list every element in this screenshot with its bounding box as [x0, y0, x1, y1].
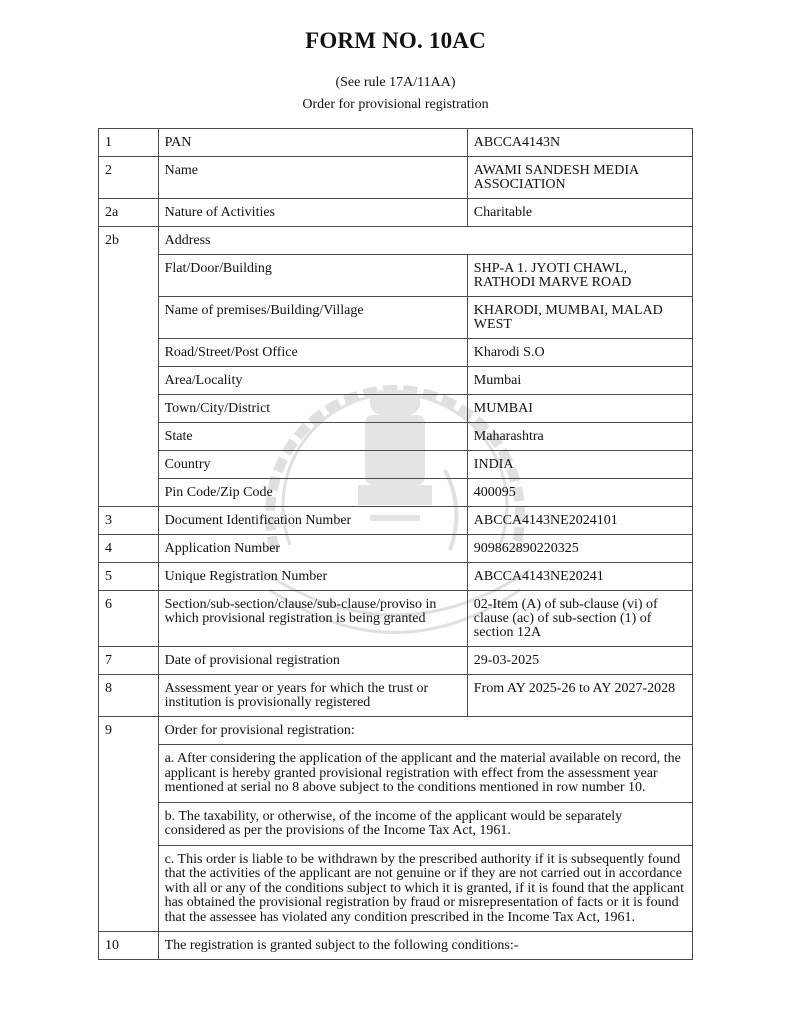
field-value-assessment-years: From AY 2025-26 to AY 2027-2028: [467, 675, 692, 717]
address-row: Flat/Door/Building SHP-A 1. JYOTI CHAWL,…: [99, 255, 693, 297]
order-paragraph-c: c. This order is liable to be withdrawn …: [158, 845, 692, 932]
table-row: 7 Date of provisional registration 29-03…: [99, 647, 693, 675]
table-row: 3 Document Identification Number ABCCA41…: [99, 507, 693, 535]
rule-reference: (See rule 17A/11AA): [0, 75, 791, 91]
field-value-section: 02-Item (A) of sub-clause (vi) of clause…: [467, 591, 692, 647]
row-number: 8: [99, 675, 159, 717]
row-number: 1: [99, 129, 159, 157]
field-label: Date of provisional registration: [158, 647, 467, 675]
row-number: 7: [99, 647, 159, 675]
form-table: 1 PAN ABCCA4143N 2 Name AWAMI SANDESH ME…: [98, 128, 693, 960]
field-label: Area/Locality: [158, 367, 467, 395]
field-label: Nature of Activities: [158, 199, 467, 227]
order-paragraph-b: b. The taxability, or otherwise, of the …: [158, 802, 692, 845]
row-number: 2: [99, 157, 159, 199]
form-subtitle: Order for provisional registration: [0, 97, 791, 113]
form-title: FORM NO. 10AC: [0, 28, 791, 54]
field-label: Document Identification Number: [158, 507, 467, 535]
field-label: Flat/Door/Building: [158, 255, 467, 297]
field-label: Country: [158, 451, 467, 479]
field-value-name: AWAMI SANDESH MEDIA ASSOCIATION: [467, 157, 692, 199]
field-value-registration-date: 29-03-2025: [467, 647, 692, 675]
address-row: Road/Street/Post Office Kharodi S.O: [99, 339, 693, 367]
row-number: 3: [99, 507, 159, 535]
field-label: Name of premises/Building/Village: [158, 297, 467, 339]
address-row: Town/City/District MUMBAI: [99, 395, 693, 423]
conditions-heading: The registration is granted subject to t…: [158, 932, 692, 960]
table-row: 10 The registration is granted subject t…: [99, 932, 693, 960]
table-row: 6 Section/sub-section/clause/sub-clause/…: [99, 591, 693, 647]
field-label: Town/City/District: [158, 395, 467, 423]
field-value-application-number: 909862890220325: [467, 535, 692, 563]
field-label: PAN: [158, 129, 467, 157]
field-value-premises: KHARODI, MUMBAI, MALAD WEST: [467, 297, 692, 339]
order-paragraph-a: a. After considering the application of …: [158, 745, 692, 803]
field-label-address: Address: [158, 227, 692, 255]
table-row: 1 PAN ABCCA4143N: [99, 129, 693, 157]
field-value-document-id: ABCCA4143NE2024101: [467, 507, 692, 535]
address-row: Country INDIA: [99, 451, 693, 479]
field-label: Application Number: [158, 535, 467, 563]
table-row: 5 Unique Registration Number ABCCA4143NE…: [99, 563, 693, 591]
field-label: Pin Code/Zip Code: [158, 479, 467, 507]
order-paragraph-row: a. After considering the application of …: [99, 745, 693, 803]
field-value-urn: ABCCA4143NE20241: [467, 563, 692, 591]
field-label: State: [158, 423, 467, 451]
field-label: Section/sub-section/clause/sub-clause/pr…: [158, 591, 467, 647]
table-row: 9 Order for provisional registration:: [99, 717, 693, 745]
row-number: 6: [99, 591, 159, 647]
field-label: Unique Registration Number: [158, 563, 467, 591]
order-paragraph-row: b. The taxability, or otherwise, of the …: [99, 802, 693, 845]
row-number: 9: [99, 717, 159, 932]
table-row: 4 Application Number 909862890220325: [99, 535, 693, 563]
field-value-road: Kharodi S.O: [467, 339, 692, 367]
field-label: Assessment year or years for which the t…: [158, 675, 467, 717]
field-value-nature-of-activities: Charitable: [467, 199, 692, 227]
row-number: 10: [99, 932, 159, 960]
field-value-town: MUMBAI: [467, 395, 692, 423]
address-row: State Maharashtra: [99, 423, 693, 451]
row-number: 2b: [99, 227, 159, 507]
field-value-area: Mumbai: [467, 367, 692, 395]
row-number: 4: [99, 535, 159, 563]
table-row: 2 Name AWAMI SANDESH MEDIA ASSOCIATION: [99, 157, 693, 199]
order-paragraph-row: c. This order is liable to be withdrawn …: [99, 845, 693, 932]
row-number: 2a: [99, 199, 159, 227]
field-label: Road/Street/Post Office: [158, 339, 467, 367]
field-label: Name: [158, 157, 467, 199]
order-heading: Order for provisional registration:: [158, 717, 692, 745]
address-row: Pin Code/Zip Code 400095: [99, 479, 693, 507]
field-value-flat: SHP-A 1. JYOTI CHAWL, RATHODI MARVE ROAD: [467, 255, 692, 297]
table-row: 2a Nature of Activities Charitable: [99, 199, 693, 227]
field-value-pin: 400095: [467, 479, 692, 507]
table-row: 2b Address: [99, 227, 693, 255]
field-value-state: Maharashtra: [467, 423, 692, 451]
address-row: Area/Locality Mumbai: [99, 367, 693, 395]
field-value-pan: ABCCA4143N: [467, 129, 692, 157]
address-row: Name of premises/Building/Village KHAROD…: [99, 297, 693, 339]
table-row: 8 Assessment year or years for which the…: [99, 675, 693, 717]
field-value-country: INDIA: [467, 451, 692, 479]
row-number: 5: [99, 563, 159, 591]
